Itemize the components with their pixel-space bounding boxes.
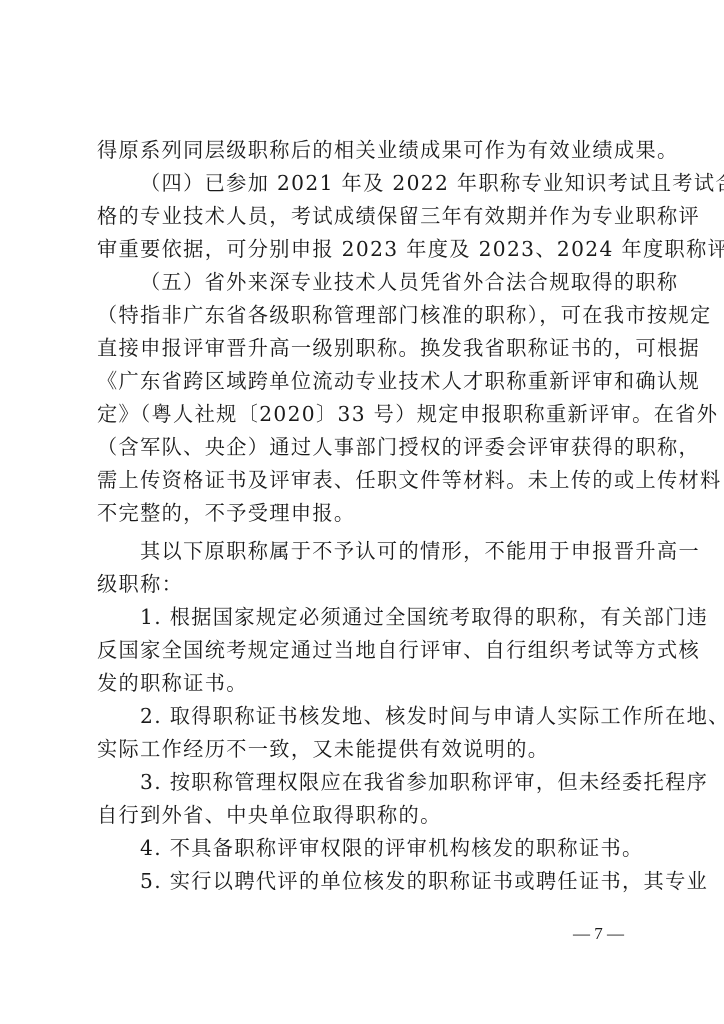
- body-line: 需上传资格证书及评审表、任职文件等材料。未上传的或上传材料: [97, 464, 633, 497]
- page-number: — 7 —: [573, 922, 624, 946]
- list-item-1-line: 1. 根据国家规定必须通过全国统考取得的职称，有关部门违: [140, 601, 633, 634]
- body-line: 格的专业技术人员，考试成绩保留三年有效期并作为专业职称评: [97, 200, 633, 233]
- list-item-3-line: 3. 按职称管理权限应在我省参加职称评审，但未经委托程序: [140, 766, 633, 799]
- section-4-heading-line: （四）已参加 2021 年及 2022 年职称专业知识考试且考试合: [140, 167, 633, 200]
- body-line: 直接申报评审晋升高一级别职称。换发我省职称证书的，可根据: [97, 332, 633, 365]
- body-line: 得原系列同层级职称后的相关业绩成果可作为有效业绩成果。: [97, 134, 633, 167]
- list-item-5-line: 5. 实行以聘代评的单位核发的职称证书或聘任证书，其专业: [140, 865, 633, 898]
- list-item-4-line: 4. 不具备职称评审权限的评审机构核发的职称证书。: [140, 832, 633, 865]
- section-5-heading-line: （五）省外来深专业技术人员凭省外合法合规取得的职称: [140, 266, 633, 299]
- exclusions-intro-line: 其以下原职称属于不予认可的情形，不能用于申报晋升高一: [140, 535, 633, 568]
- body-line: 《广东省跨区域跨单位流动专业技术人才职称重新评审和确认规: [97, 365, 633, 398]
- body-line: 审重要依据，可分别申报 2023 年度及 2023、2024 年度职称评审。: [97, 233, 633, 266]
- body-line: 实际工作经历不一致，又未能提供有效说明的。: [97, 733, 633, 766]
- body-line: 不完整的，不予受理申报。: [97, 497, 633, 530]
- body-line: 发的职称证书。: [97, 667, 633, 700]
- document-page: 得原系列同层级职称后的相关业绩成果可作为有效业绩成果。 （四）已参加 2021 …: [0, 0, 724, 1024]
- body-line: （含军队、央企）通过人事部门授权的评委会评审获得的职称，: [97, 431, 633, 464]
- body-line: 定》（粤人社规〔2020〕33 号）规定申报职称重新评审。在省外: [97, 398, 633, 431]
- body-line: 级职称：: [97, 568, 633, 601]
- body-line: 自行到外省、中央单位取得职称的。: [97, 799, 633, 832]
- body-line: （特指非广东省各级职称管理部门核准的职称），可在我市按规定: [97, 299, 633, 332]
- list-item-2-line: 2. 取得职称证书核发地、核发时间与申请人实际工作所在地、: [140, 700, 633, 733]
- body-line: 反国家全国统考规定通过当地自行评审、自行组织考试等方式核: [97, 634, 633, 667]
